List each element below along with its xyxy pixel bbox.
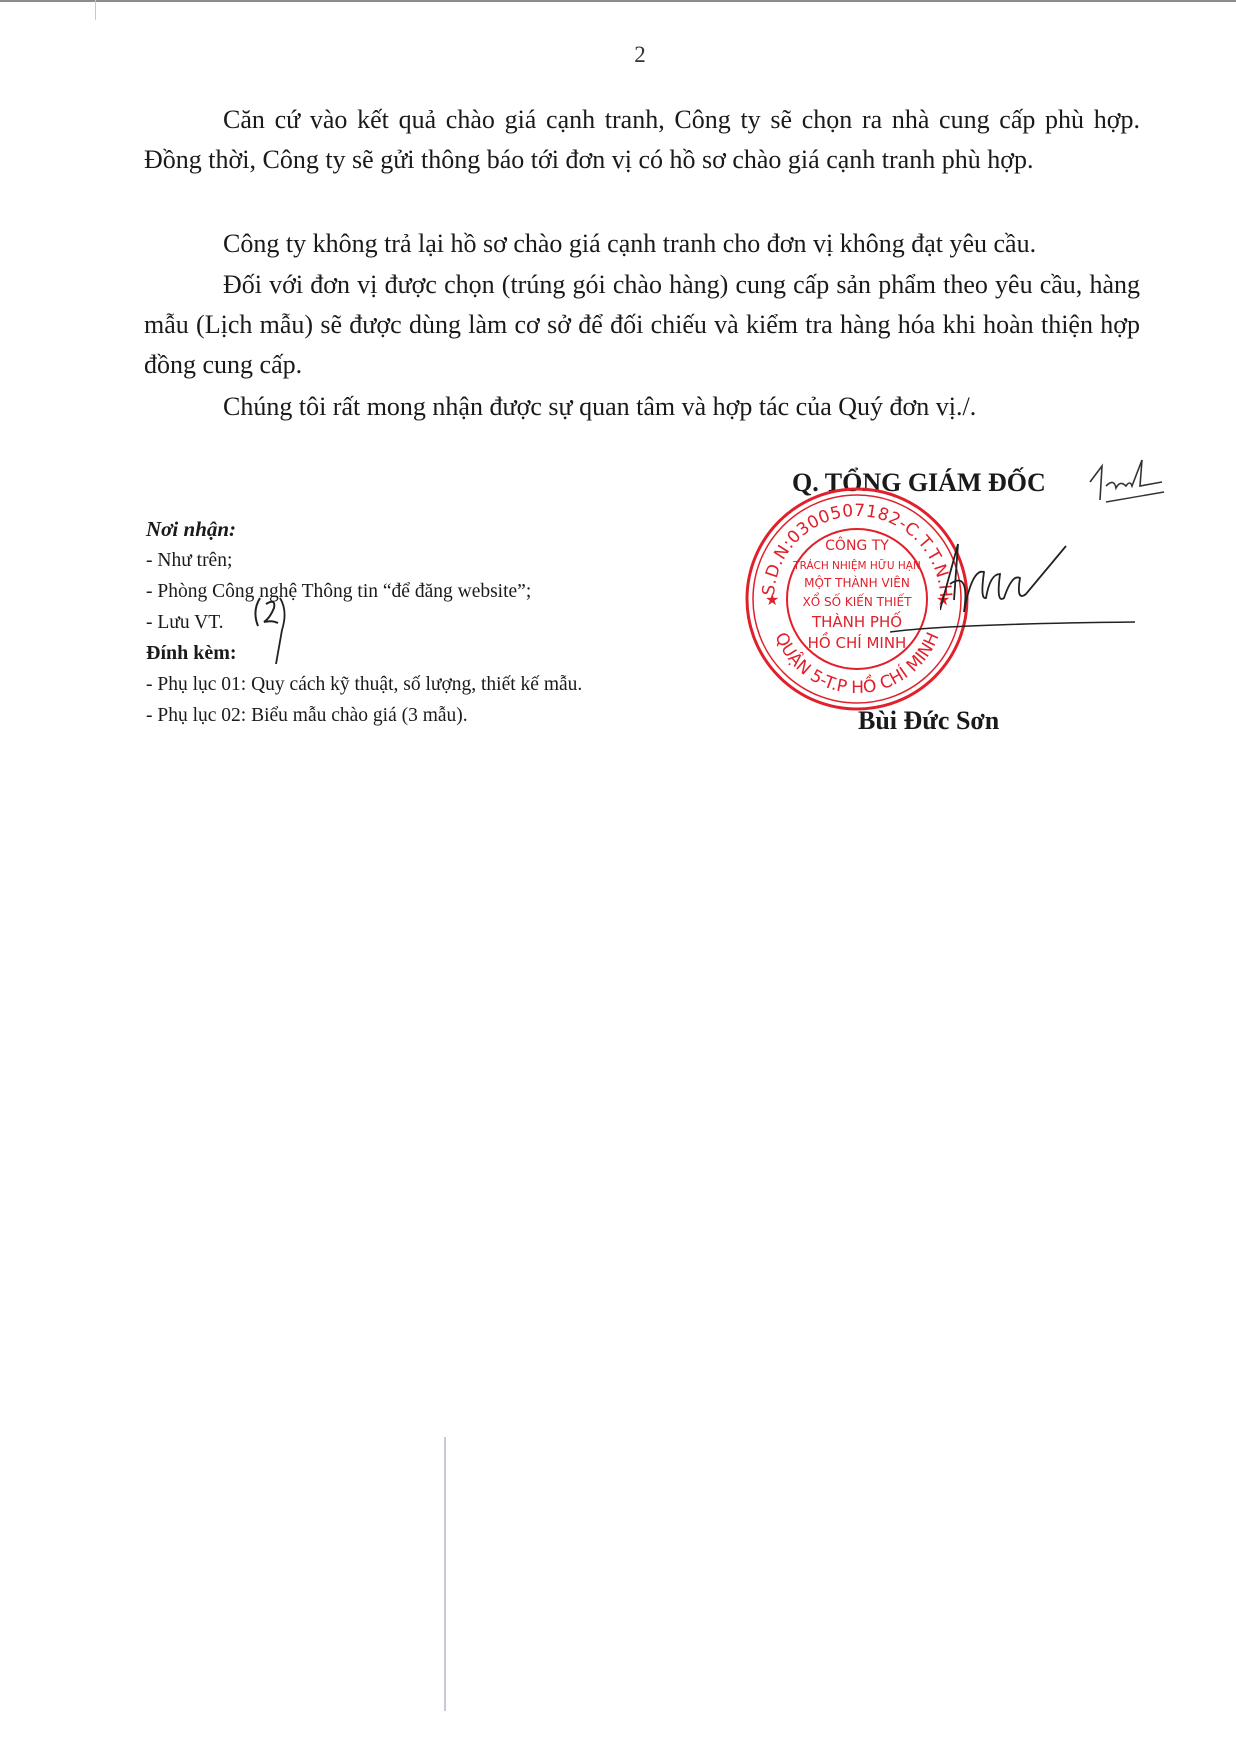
page-number: 2 bbox=[0, 42, 1236, 68]
recipients-block: Nơi nhận: - Như trên; - Phòng Công nghệ … bbox=[146, 514, 582, 731]
svg-text:★: ★ bbox=[765, 590, 779, 609]
paragraph-no-return: Công ty không trả lại hồ sơ chào giá cạn… bbox=[144, 224, 1140, 264]
recipient-item: - Lưu VT. bbox=[146, 607, 582, 638]
scan-top-edge bbox=[0, 0, 1236, 2]
svg-text:CÔNG TY: CÔNG TY bbox=[825, 536, 889, 554]
body-paragraph: Căn cứ vào kết quả chào giá cạnh tranh, … bbox=[144, 100, 1140, 180]
body-paragraph: Đối với đơn vị được chọn (trúng gói chào… bbox=[144, 265, 1140, 385]
recipient-item: - Như trên; bbox=[146, 545, 582, 576]
attachments-title: Đính kèm: bbox=[146, 638, 582, 669]
svg-text:HỒ CHÍ MINH: HỒ CHÍ MINH bbox=[808, 631, 907, 652]
attachment-item: - Phụ lục 02: Biểu mẫu chào giá (3 mẫu). bbox=[146, 700, 582, 731]
paragraph-selection-notice: Căn cứ vào kết quả chào giá cạnh tranh, … bbox=[144, 100, 1140, 180]
paragraph-sample-usage: Đối với đơn vị được chọn (trúng gói chào… bbox=[144, 265, 1140, 385]
recipient-item: - Phòng Công nghệ Thông tin “để đăng web… bbox=[146, 576, 582, 607]
svg-text:MỘT THÀNH VIÊN: MỘT THÀNH VIÊN bbox=[804, 575, 910, 590]
scan-left-mark bbox=[95, 0, 96, 20]
body-paragraph: Công ty không trả lại hồ sơ chào giá cạn… bbox=[144, 224, 1140, 264]
scan-artifact-line bbox=[444, 1437, 446, 1711]
svg-text:TRÁCH NHIỆM HỮU HẠN: TRÁCH NHIỆM HỮU HẠN bbox=[792, 559, 921, 572]
signature-stroke bbox=[890, 620, 1135, 634]
svg-text:THÀNH PHỐ: THÀNH PHỐ bbox=[811, 610, 902, 631]
attachment-item: - Phụ lục 01: Quy cách kỹ thuật, số lượn… bbox=[146, 669, 582, 700]
handwritten-initial bbox=[1086, 456, 1166, 506]
handwritten-copy-count bbox=[252, 596, 292, 666]
handwritten-signature bbox=[940, 540, 1070, 620]
svg-text:XỔ SỐ KIẾN THIẾT: XỔ SỐ KIẾN THIẾT bbox=[803, 593, 913, 609]
recipients-title: Nơi nhận: bbox=[146, 514, 582, 545]
paragraph-closing: Chúng tôi rất mong nhận được sự quan tâm… bbox=[144, 387, 1140, 427]
body-paragraph: Chúng tôi rất mong nhận được sự quan tâm… bbox=[144, 387, 1140, 427]
company-seal: M.S.D.N:0300507182-C.T.T.N.H.H QUẬN 5-T.… bbox=[744, 486, 970, 712]
signer-name: Bùi Đức Sơn bbox=[858, 706, 999, 736]
